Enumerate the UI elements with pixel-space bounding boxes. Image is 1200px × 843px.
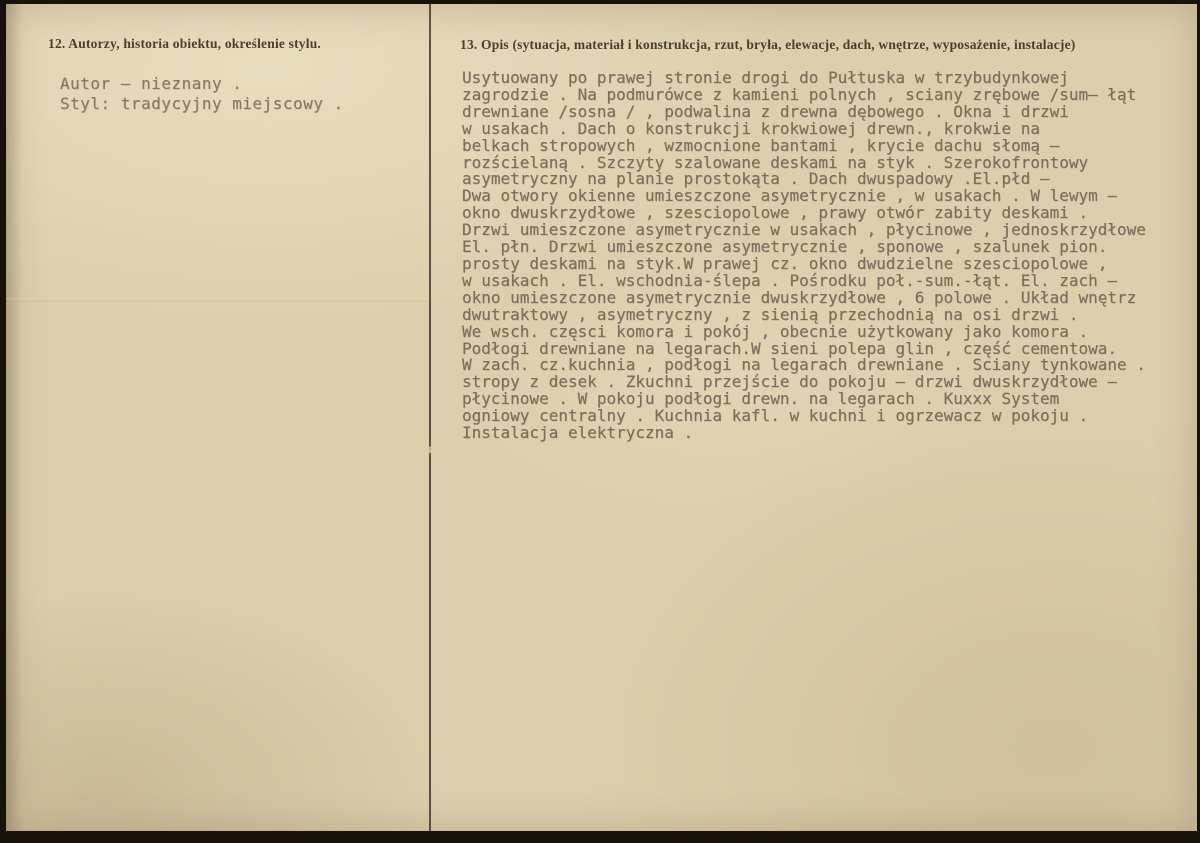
typed-line: Autor – nieznany . bbox=[60, 74, 344, 94]
column-divider-line bbox=[429, 4, 431, 831]
typed-line: Styl: tradycyjny miejscowy . bbox=[60, 94, 344, 114]
typed-line: We wsch. częsci komora i pokój , obecnie… bbox=[462, 324, 1146, 341]
scanned-document: 12. Autorzy, historia obiektu, określeni… bbox=[0, 0, 1200, 843]
field-12-content: Autor – nieznany . Styl: tradycyjny miej… bbox=[60, 74, 344, 114]
field-13-label: 13. Opis (sytuacja, materiał i konstrukc… bbox=[460, 37, 1075, 53]
typed-line: belkach stropowych , wzmocnione bantami … bbox=[462, 138, 1146, 155]
field-12-label: 12. Autorzy, historia obiektu, określeni… bbox=[48, 36, 321, 52]
field-13-content: Usytuowany po prawej stronie drogi do Pu… bbox=[462, 70, 1146, 442]
typed-line: Instalacja elektryczna . bbox=[462, 425, 1146, 442]
